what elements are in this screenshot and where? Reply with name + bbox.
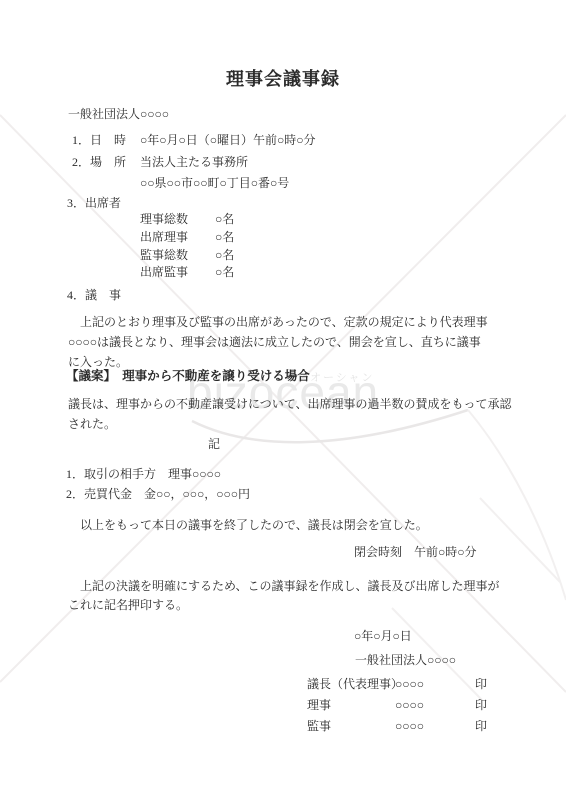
signature-row-director: 理事 ○○○○ 印 xyxy=(307,698,527,713)
signature-row-chairman: 議長（代表理事） ○○○○ 印 xyxy=(307,677,527,692)
item-place-value: 当法人主たる事務所 xyxy=(140,155,248,170)
signature-role: 監事 xyxy=(307,719,331,734)
deal-item-price: 2．売買代金 金○○，○○○，○○○円 xyxy=(66,487,250,502)
seal-mark: 印 xyxy=(475,719,487,734)
item-attendees-label: 3．出席者 xyxy=(67,196,121,211)
signature-role: 理事 xyxy=(307,698,331,713)
attendee-label: 監事総数 xyxy=(140,248,188,263)
date-line: ○年○月○日 xyxy=(354,629,412,644)
item-proceedings-label: 4．議 事 xyxy=(67,288,121,303)
company-name: 一般社団法人○○○○ xyxy=(68,107,169,122)
attendee-row: 理事総数 ○名 xyxy=(140,212,300,227)
seal-mark: 印 xyxy=(475,698,487,713)
attendee-count: ○名 xyxy=(215,248,234,263)
attendee-label: 出席理事 xyxy=(140,230,188,245)
attendee-row: 出席監事 ○名 xyxy=(140,265,300,280)
resolution-paragraph: 議長は、理事からの不動産譲受けについて、出席理事の過半数の賛成をもって承認 され… xyxy=(68,394,512,434)
signature-name: ○○○○ xyxy=(395,677,424,692)
signature-name: ○○○○ xyxy=(395,698,424,713)
item-datetime-value: ○年○月○日（○曜日）午前○時○分 xyxy=(140,133,316,148)
attendee-row: 監事総数 ○名 xyxy=(140,248,300,263)
ki-marker: 記 xyxy=(208,437,220,452)
attendee-count: ○名 xyxy=(215,265,234,280)
proposal-heading: 【議案】 理事から不動産を譲り受ける場合 xyxy=(66,369,310,384)
signature-company: 一般社団法人○○○○ xyxy=(355,653,456,668)
signature-name: ○○○○ xyxy=(395,719,424,734)
item-place-label: 2．場 所 xyxy=(72,155,126,170)
closing-sentence: 以上をもって本日の議事を終了したので、議長は閉会を宣した。 xyxy=(68,518,428,533)
attendee-label: 出席監事 xyxy=(140,265,188,280)
attendee-label: 理事総数 xyxy=(140,212,188,227)
item-place-address: ○○県○○市○○町○丁目○番○号 xyxy=(140,176,289,191)
page-title: 理事会議事録 xyxy=(0,65,566,91)
attendee-count: ○名 xyxy=(215,230,234,245)
seal-mark: 印 xyxy=(475,677,487,692)
deal-item-counterparty: 1．取引の相手方 理事○○○○ xyxy=(66,467,221,482)
attendee-row: 出席理事 ○名 xyxy=(140,230,300,245)
closing-paragraph: 上記の決議を明確にするため、この議事録を作成し、議長及び出席した理事が これに記… xyxy=(68,577,500,615)
signature-row-auditor: 監事 ○○○○ 印 xyxy=(307,719,527,734)
signature-role: 議長（代表理事） xyxy=(307,677,403,692)
attendee-count: ○名 xyxy=(215,212,234,227)
item-datetime-label: 1．日 時 xyxy=(72,133,126,148)
opening-paragraph: 上記のとおり理事及び監事の出席があったので、定款の規定により代表理事 ○○○○は… xyxy=(68,312,488,372)
document-page: ビズオーシャン bizocean 理事会議事録 一般社団法人○○○○ 1．日 時… xyxy=(0,0,566,800)
closing-time: 閉会時刻 午前○時○分 xyxy=(354,545,477,560)
